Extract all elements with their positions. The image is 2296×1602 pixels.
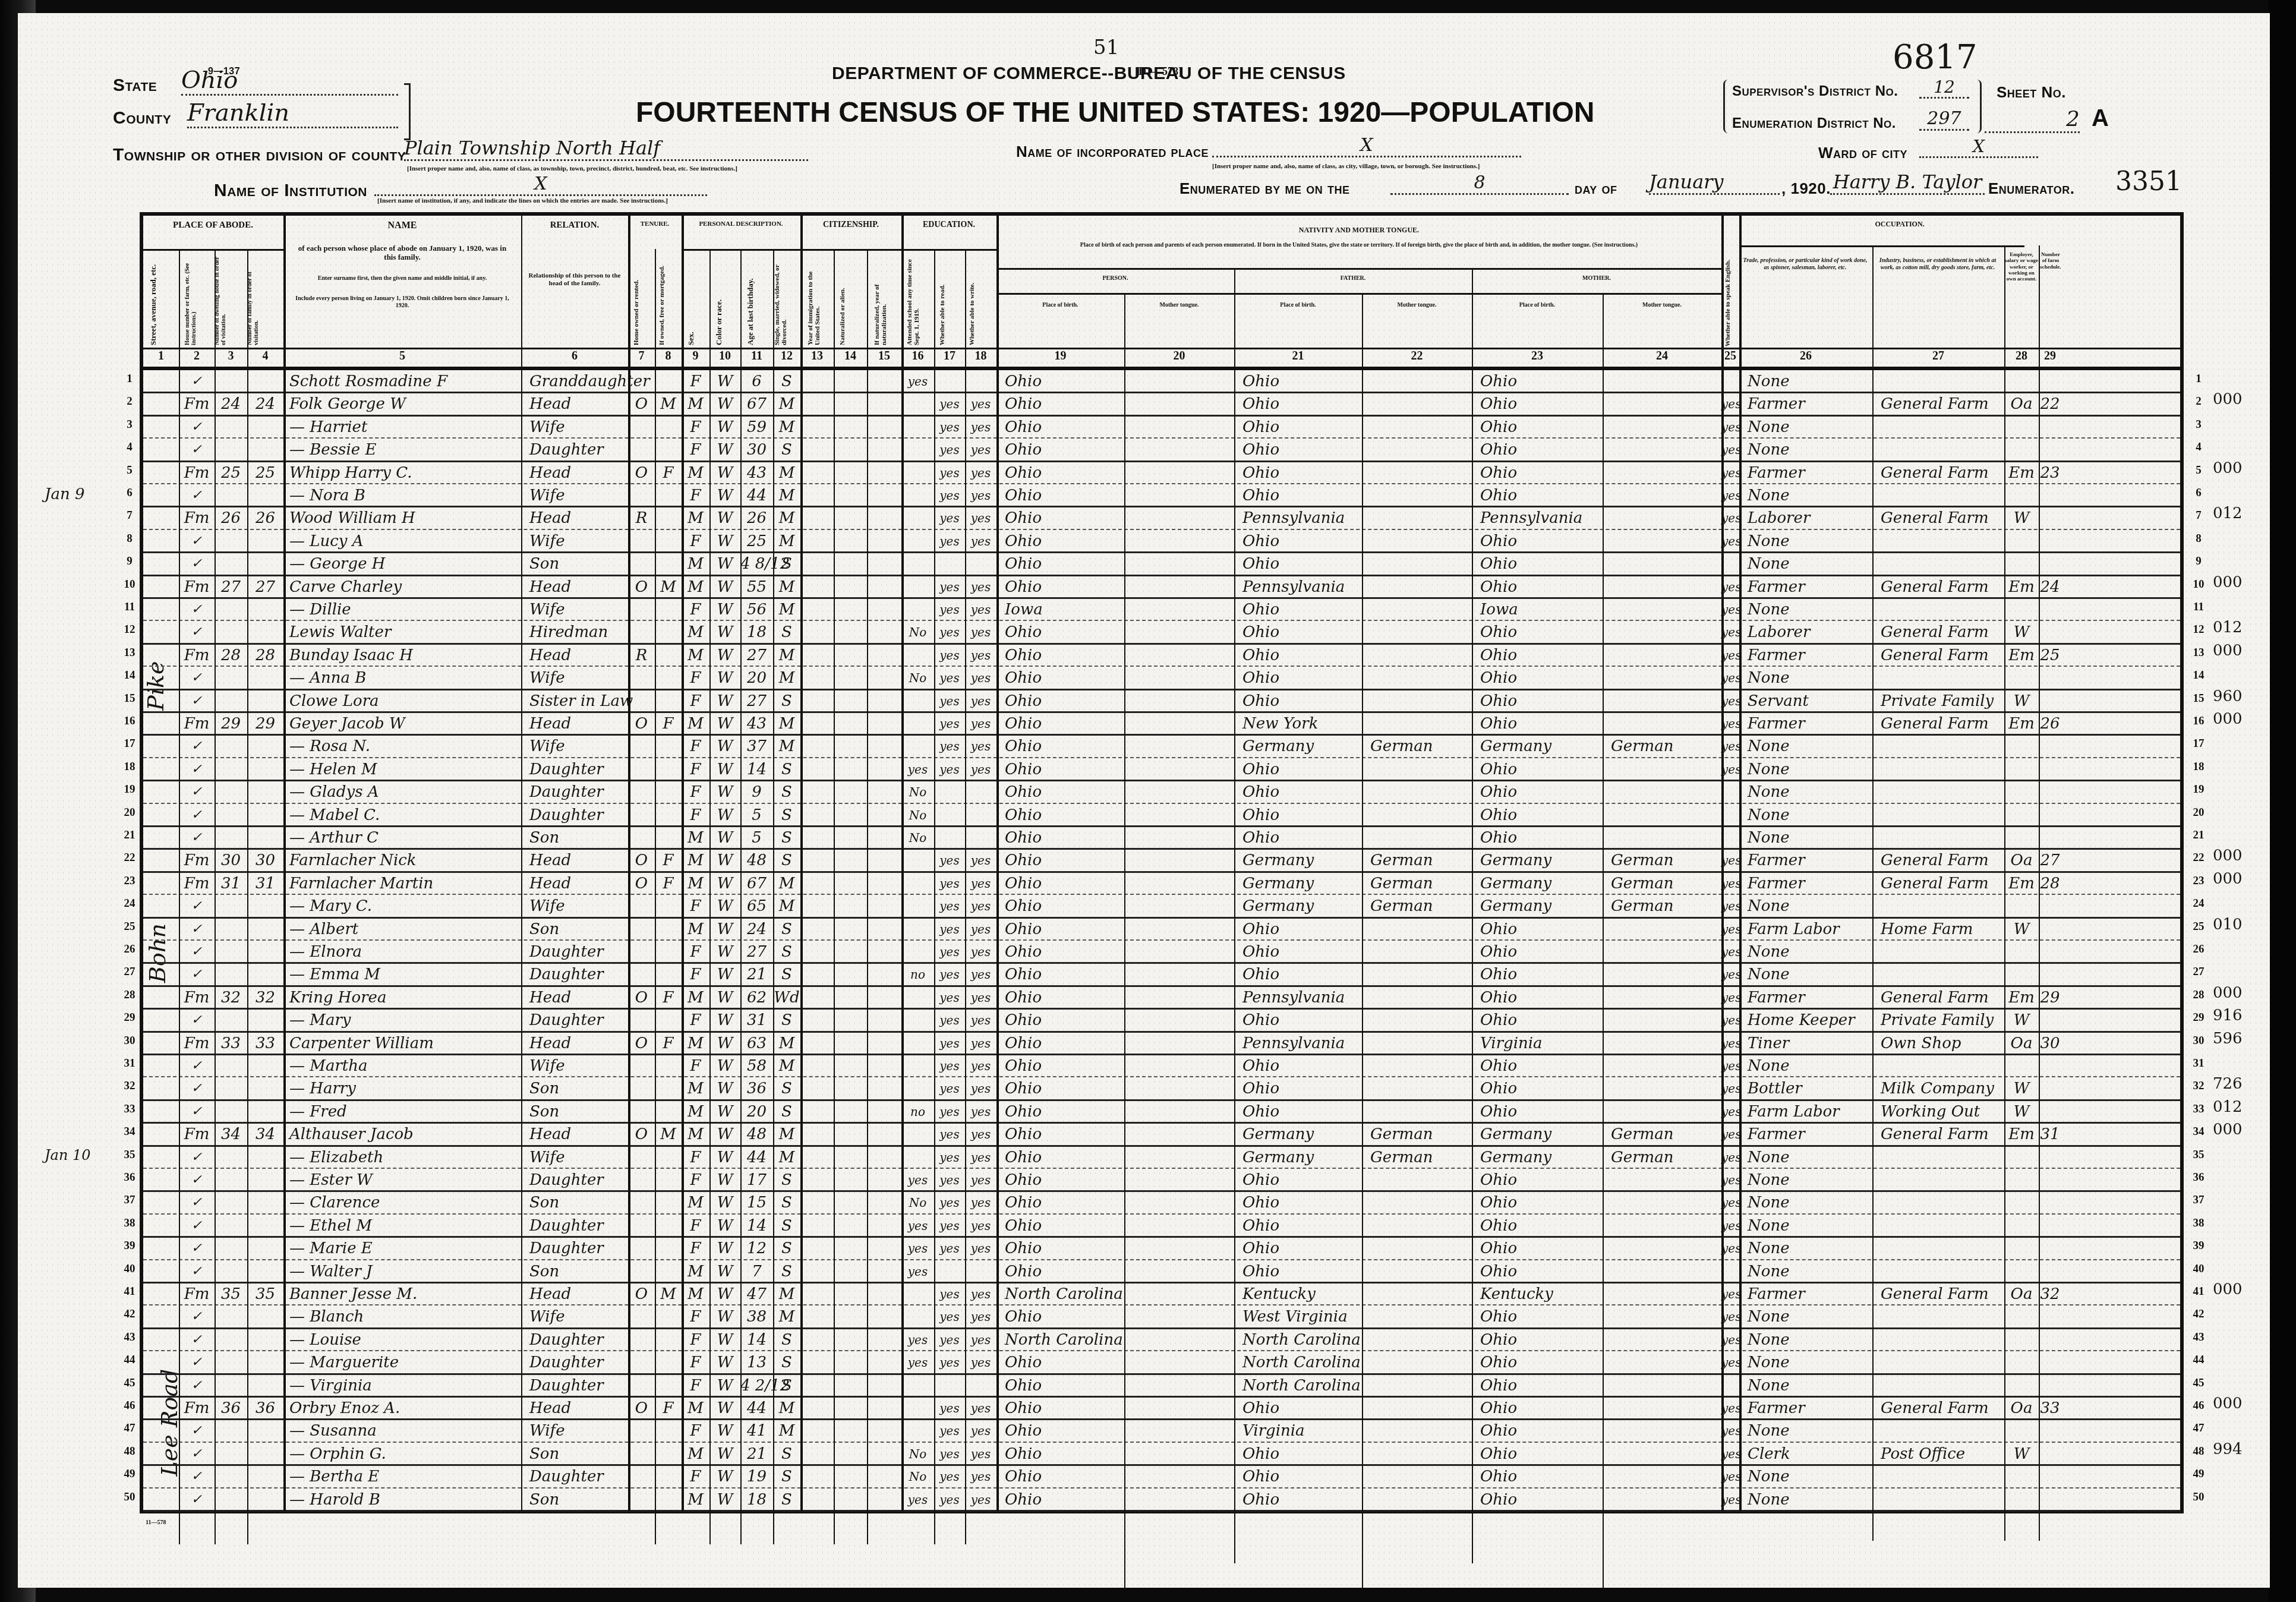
cell-m-tongue <box>1603 712 1730 735</box>
check-mark-icon: ✓ <box>179 781 215 800</box>
cell-age: 24 <box>740 918 773 941</box>
cell-tongue <box>1124 712 1242 735</box>
cell-race: W <box>709 1032 740 1055</box>
cell-dwelling: 34 <box>215 1123 247 1146</box>
cell-english <box>1721 1374 1739 1397</box>
line-number: 36 <box>118 1171 141 1184</box>
cell-class <box>2004 439 2039 461</box>
cell-write: yes <box>965 484 996 507</box>
cell-age: 14 <box>740 1215 773 1237</box>
cell-class: Oa <box>2004 1397 2039 1420</box>
cell-free <box>655 1465 682 1488</box>
cell-m-tongue <box>1603 370 1730 393</box>
cell-age: 44 <box>740 1397 773 1420</box>
cell-sex: F <box>682 1351 709 1374</box>
sheet-side: A <box>2092 105 2109 132</box>
column-divider <box>1472 268 1473 1563</box>
cell-name: Bunday Isaac H <box>283 644 527 667</box>
cell-own <box>628 918 655 941</box>
cell-birth: Ohio <box>996 644 1133 667</box>
column-divider <box>834 249 835 1544</box>
cell-age: 7 <box>740 1260 773 1283</box>
cell-age: 37 <box>740 735 773 758</box>
line-number: 3 <box>2187 418 2210 431</box>
cell-tongue <box>1124 576 1242 598</box>
cell-name: Carve Charley <box>283 576 527 598</box>
cell-f-birth: Pennsylvania <box>1234 507 1370 529</box>
cell-school: yes <box>901 1169 934 1191</box>
nativity-description: Place of birth of each person and parent… <box>1008 242 1710 249</box>
cell-farm-no <box>2039 1329 2061 1351</box>
line-number: 27 <box>2187 966 2210 979</box>
check-mark-icon: ✓ <box>179 804 215 823</box>
cell-write <box>965 370 996 393</box>
cell-farm: Fm <box>179 507 215 529</box>
cell-marital: M <box>773 644 800 667</box>
cell-read: yes <box>934 1009 965 1032</box>
cell-marital: M <box>773 462 800 484</box>
column-number: 6 <box>521 349 628 363</box>
line-number: 6 <box>2187 487 2210 500</box>
cell-race: W <box>709 827 740 849</box>
cell-trade: Farmer <box>1739 462 1881 484</box>
cell-english <box>1721 804 1739 827</box>
cell-birth: Ohio <box>996 1260 1133 1283</box>
line-number: 5 <box>118 464 141 477</box>
cell-marital: S <box>773 849 800 872</box>
cell-marital: M <box>773 576 800 598</box>
cell-class <box>2004 1465 2039 1488</box>
cell-age: 63 <box>740 1032 773 1055</box>
cell-name: — Harold B <box>283 1489 527 1511</box>
cell-industry: General Farm <box>1872 1397 2013 1420</box>
cell-f-tongue <box>1362 1305 1480 1328</box>
cell-dwelling <box>215 918 247 941</box>
cell-birth: Ohio <box>996 393 1133 415</box>
check-mark-icon: ✓ <box>179 1009 215 1028</box>
line-number: 2 <box>2187 395 2210 408</box>
cell-birth: Ohio <box>996 370 1133 393</box>
line-number: 46 <box>2187 1399 2210 1412</box>
cell-class <box>2004 1215 2039 1237</box>
cell-m-birth: Germany <box>1472 895 1611 917</box>
cell-name: Wood William H <box>283 507 527 529</box>
cell-trade: None <box>1739 1489 1881 1511</box>
cell-class <box>2004 1329 2039 1351</box>
occupation-code: 000 <box>2213 847 2243 865</box>
cell-own: O <box>628 1123 655 1146</box>
cell-school: no <box>901 963 934 986</box>
cell-relation: Daughter <box>521 1215 636 1237</box>
cell-write: yes <box>965 895 996 917</box>
township-note: [Insert proper name and, also, name of c… <box>407 165 737 172</box>
check-mark-icon: ✓ <box>179 621 215 640</box>
cell-school <box>901 439 934 461</box>
table-row: Fm3131Farnlacher MartinHeadOFMW67Myesyes… <box>143 872 2180 895</box>
cell-race: W <box>709 804 740 827</box>
cell-school: no <box>901 1100 934 1123</box>
cell-name: — Marie E <box>283 1237 527 1260</box>
cell-english: yes <box>1721 644 1739 667</box>
cell-class <box>2004 1146 2039 1169</box>
cell-family <box>247 484 283 507</box>
column-divider <box>247 249 248 1544</box>
cell-read: yes <box>934 1283 965 1305</box>
line-number: 30 <box>2187 1035 2210 1048</box>
district-annotation: 6817 <box>1893 38 1978 77</box>
cell-write: yes <box>965 1489 996 1511</box>
cell-dwelling <box>215 690 247 712</box>
cell-birth: Ohio <box>996 1465 1133 1488</box>
county-value: Franklin <box>187 99 398 128</box>
check-mark-icon: ✓ <box>179 416 215 435</box>
cell-dwelling <box>215 781 247 803</box>
cell-trade: Bottler <box>1739 1077 1881 1100</box>
mother-place-of-birth: Place of birth. <box>1472 302 1603 309</box>
table-row: — Gladys ADaughterFW9SNoOhioOhioOhioNone… <box>143 781 2180 803</box>
cell-sex: M <box>682 576 709 598</box>
stamp-number: 51 <box>1093 36 1119 59</box>
cell-sex: F <box>682 439 709 461</box>
cell-marital: M <box>773 507 800 529</box>
cell-farm-no <box>2039 530 2061 553</box>
line-number: 43 <box>118 1331 141 1344</box>
cell-m-tongue <box>1603 553 1730 575</box>
cell-m-tongue <box>1603 963 1730 986</box>
cell-family <box>247 1443 283 1465</box>
cell-tongue <box>1124 1032 1242 1055</box>
column-number: 18 <box>965 349 996 363</box>
table-row: Fm2929Geyer Jacob WHeadOFMW43MyesyesOhio… <box>143 712 2180 735</box>
occupation-code: 010 <box>2213 916 2243 934</box>
cell-english: yes <box>1721 416 1739 439</box>
cell-read: yes <box>934 918 965 941</box>
column-number: 1 <box>143 349 179 363</box>
cell-relation: Hiredman <box>521 621 636 644</box>
cell-farm-no: 30 <box>2039 1032 2061 1055</box>
cell-age: 36 <box>740 1077 773 1100</box>
column-divider <box>773 249 774 1544</box>
cell-class <box>2004 1191 2039 1214</box>
cell-birth: Ohio <box>996 963 1133 986</box>
cell-marital: S <box>773 781 800 803</box>
cell-sex: M <box>682 507 709 529</box>
cell-f-birth: Ohio <box>1234 1260 1370 1283</box>
cell-f-birth: Germany <box>1234 1123 1370 1146</box>
col-family: Number of family in order of visitation. <box>247 256 260 345</box>
cell-trade: None <box>1739 963 1881 986</box>
cell-race: W <box>709 735 740 758</box>
line-number: 21 <box>2187 829 2210 842</box>
cell-f-birth: Ohio <box>1234 804 1370 827</box>
cell-write: yes <box>965 598 996 621</box>
line-number: 32 <box>118 1080 141 1093</box>
cell-own <box>628 1215 655 1237</box>
cell-f-birth: Germany <box>1234 895 1370 917</box>
column-divider <box>655 249 656 1544</box>
cell-m-birth: Ohio <box>1472 484 1611 507</box>
cell-marital: S <box>773 621 800 644</box>
cell-school <box>901 872 934 895</box>
line-number: 22 <box>118 852 141 865</box>
cell-age: 56 <box>740 598 773 621</box>
cell-f-birth: Ohio <box>1234 963 1370 986</box>
cell-own <box>628 1237 655 1260</box>
cell-sex: F <box>682 667 709 689</box>
cell-school <box>901 895 934 917</box>
cell-m-tongue <box>1603 827 1730 849</box>
cell-english: yes <box>1721 1055 1739 1077</box>
cell-f-birth: Ohio <box>1234 667 1370 689</box>
column-number: 26 <box>1739 349 1872 363</box>
group-tenure: TENURE. <box>628 220 682 228</box>
cell-f-birth: Kentucky <box>1234 1283 1370 1305</box>
cell-name: Geyer Jacob W <box>283 712 527 735</box>
cell-f-tongue <box>1362 758 1480 781</box>
state-label: State <box>113 75 157 96</box>
cell-relation: Head <box>521 1032 636 1055</box>
cell-read: yes <box>934 1305 965 1328</box>
column-number: 10 <box>709 349 740 363</box>
cell-own <box>628 1009 655 1032</box>
rule <box>1739 245 2024 247</box>
cell-dwelling <box>215 621 247 644</box>
cell-own <box>628 1489 655 1511</box>
line-number: 33 <box>2187 1103 2210 1116</box>
cell-tongue <box>1124 1489 1242 1511</box>
check-mark-icon: ✓ <box>179 941 215 960</box>
cell-own <box>628 1055 655 1077</box>
cell-marital: S <box>773 1260 800 1283</box>
cell-school <box>901 1283 934 1305</box>
cell-race: W <box>709 416 740 439</box>
cell-f-birth: New York <box>1234 712 1370 735</box>
cell-class: Em <box>2004 462 2039 484</box>
cell-sex: F <box>682 781 709 803</box>
cell-birth: Ohio <box>996 781 1133 803</box>
cell-m-birth: Germany <box>1472 1146 1611 1169</box>
cell-age: 4 2/12 <box>740 1374 773 1397</box>
cell-relation: Son <box>521 1100 636 1123</box>
cell-tongue <box>1124 370 1242 393</box>
cell-sex: M <box>682 1489 709 1511</box>
cell-read: yes <box>934 941 965 963</box>
cell-own <box>628 1260 655 1283</box>
cell-marital: M <box>773 1055 800 1077</box>
date-note-jan9: Jan 9 <box>45 485 84 503</box>
cell-race: W <box>709 1169 740 1191</box>
cell-dwelling <box>215 1215 247 1237</box>
cell-write: yes <box>965 1420 996 1442</box>
cell-industry: General Farm <box>1872 872 2013 895</box>
cell-own <box>628 827 655 849</box>
cell-f-tongue <box>1362 781 1480 803</box>
cell-sex: M <box>682 1397 709 1420</box>
cell-read: yes <box>934 1420 965 1442</box>
cell-english: yes <box>1721 986 1739 1009</box>
cell-m-birth: Ohio <box>1472 576 1611 598</box>
occupation-code: 012 <box>2213 504 2243 522</box>
line-number: 45 <box>2187 1377 2210 1390</box>
cell-english <box>1721 370 1739 393</box>
table-row: — Ethel MDaughterFW14SyesyesyesOhioOhioO… <box>143 1215 2180 1237</box>
cell-school: No <box>901 1465 934 1488</box>
cell-trade: Farmer <box>1739 849 1881 872</box>
cell-race: W <box>709 1465 740 1488</box>
group-nativity: NATIVITY AND MOTHER TONGUE. <box>996 226 1721 235</box>
cell-age: 12 <box>740 1237 773 1260</box>
cell-trade: None <box>1739 1055 1881 1077</box>
cell-m-birth: Ohio <box>1472 804 1611 827</box>
cell-read <box>934 827 965 849</box>
cell-family: 25 <box>247 462 283 484</box>
line-number: 34 <box>118 1125 141 1139</box>
cell-own: O <box>628 1032 655 1055</box>
cell-class: W <box>2004 1100 2039 1123</box>
line-number: 42 <box>2187 1308 2210 1321</box>
cell-marital: S <box>773 439 800 461</box>
cell-birth: Ohio <box>996 849 1133 872</box>
cell-family <box>247 918 283 941</box>
cell-school <box>901 553 934 575</box>
cell-farm-no: 31 <box>2039 1123 2061 1146</box>
line-number: 14 <box>118 669 141 682</box>
line-number: 1 <box>118 373 141 386</box>
cell-m-tongue <box>1603 621 1730 644</box>
cell-school <box>901 1146 934 1169</box>
cell-birth: Ohio <box>996 1374 1133 1397</box>
cell-m-birth: Ohio <box>1472 986 1611 1009</box>
cell-family <box>247 1100 283 1123</box>
cell-m-birth: Ohio <box>1472 690 1611 712</box>
cell-dwelling <box>215 1237 247 1260</box>
cell-m-birth: Ohio <box>1472 1465 1611 1488</box>
cell-birth: Ohio <box>996 1305 1133 1328</box>
cell-m-tongue <box>1603 1032 1730 1055</box>
form-number: 9—137 <box>208 67 240 77</box>
cell-age: 14 <box>740 758 773 781</box>
cell-tongue <box>1124 781 1242 803</box>
cell-m-birth: Ohio <box>1472 1443 1611 1465</box>
cell-m-birth: Ohio <box>1472 781 1611 803</box>
cell-f-tongue <box>1362 530 1480 553</box>
cell-name: — Orphin G. <box>283 1443 527 1465</box>
cell-race: W <box>709 1237 740 1260</box>
cell-race: W <box>709 918 740 941</box>
cell-tongue <box>1124 1055 1242 1077</box>
cell-english: yes <box>1721 507 1739 529</box>
cell-relation: Head <box>521 393 636 415</box>
cell-relation: Granddaughter <box>521 370 636 393</box>
cell-free <box>655 918 682 941</box>
cell-m-tongue: German <box>1603 735 1730 758</box>
cell-own <box>628 370 655 393</box>
cell-name: Kring Horea <box>283 986 527 1009</box>
cell-marital: M <box>773 895 800 917</box>
cell-tongue <box>1124 553 1242 575</box>
cell-marital: M <box>773 872 800 895</box>
table-row: — SusannaWifeFW41MyesyesOhioVirginiaOhio… <box>143 1420 2180 1442</box>
cell-write: yes <box>965 393 996 415</box>
col-write: Whether able to write. <box>969 256 976 345</box>
cell-name: Carpenter William <box>283 1032 527 1055</box>
cell-class: Em <box>2004 576 2039 598</box>
cell-marital: S <box>773 827 800 849</box>
cell-write: yes <box>965 462 996 484</box>
cell-dwelling: 28 <box>215 644 247 667</box>
cell-f-tongue <box>1362 1420 1480 1442</box>
cell-industry <box>1872 963 2013 986</box>
cell-name: — Virginia <box>283 1374 527 1397</box>
cell-industry: Working Out <box>1872 1100 2013 1123</box>
cell-read: yes <box>934 530 965 553</box>
cell-relation: Head <box>521 849 636 872</box>
cell-farm: Fm <box>179 644 215 667</box>
cell-relation: Head <box>521 872 636 895</box>
cell-marital: M <box>773 1283 800 1305</box>
check-mark-icon: ✓ <box>179 1329 215 1348</box>
father-place-of-birth: Place of birth. <box>1234 302 1362 309</box>
cell-dwelling <box>215 598 247 621</box>
cell-trade: None <box>1739 1329 1881 1351</box>
column-divider <box>1362 293 1363 1588</box>
cell-dwelling <box>215 667 247 689</box>
department-heading: DEPARTMENT OF COMMERCE--BUREAU OF THE CE… <box>832 64 1346 84</box>
occupation-code: 000 <box>2213 1281 2243 1298</box>
cell-farm-no: 26 <box>2039 712 2061 735</box>
line-number: 29 <box>118 1011 141 1024</box>
rule <box>143 348 2180 349</box>
cell-marital: M <box>773 484 800 507</box>
farm-schedule-description: Number of farm schedule. <box>2039 251 2062 270</box>
cell-school <box>901 1055 934 1077</box>
cell-english: yes <box>1721 1009 1739 1032</box>
cell-trade: None <box>1739 1260 1881 1283</box>
enumerated-label: Enumerated by me on the <box>1179 179 1349 198</box>
cell-m-birth: Ohio <box>1472 1077 1611 1100</box>
name-instructions-2: Include every person living on January 1… <box>295 295 509 309</box>
cell-age: 48 <box>740 1123 773 1146</box>
cell-sex: F <box>682 1465 709 1488</box>
line-number: 48 <box>2187 1445 2210 1458</box>
cell-industry <box>1872 1465 2013 1488</box>
cell-school: yes <box>901 758 934 781</box>
cell-family <box>247 1055 283 1077</box>
cell-name: — Dillie <box>283 598 527 621</box>
line-number: 7 <box>2187 509 2210 522</box>
table-row: — Rosa N.WifeFW37MyesyesOhioGermanyGerma… <box>143 735 2180 758</box>
enumerated-day: 8 <box>1390 172 1569 195</box>
cell-f-birth: Ohio <box>1234 781 1370 803</box>
cell-m-tongue <box>1603 1374 1730 1397</box>
cell-marital: M <box>773 1032 800 1055</box>
line-number: 23 <box>2187 875 2210 888</box>
cell-family <box>247 1465 283 1488</box>
column-divider <box>1234 268 1235 1563</box>
cell-m-tongue: German <box>1603 872 1730 895</box>
line-number: 28 <box>118 989 141 1002</box>
cell-marital: S <box>773 1443 800 1465</box>
cell-m-birth: Ohio <box>1472 1191 1611 1214</box>
line-number: 44 <box>118 1354 141 1367</box>
occupation-code: 960 <box>2213 688 2243 705</box>
cell-relation: Daughter <box>521 1169 636 1191</box>
cell-read: yes <box>934 644 965 667</box>
cell-read: yes <box>934 1146 965 1169</box>
line-number: 15 <box>2187 692 2210 705</box>
cell-farm-no: 22 <box>2039 393 2061 415</box>
cell-relation: Head <box>521 507 636 529</box>
